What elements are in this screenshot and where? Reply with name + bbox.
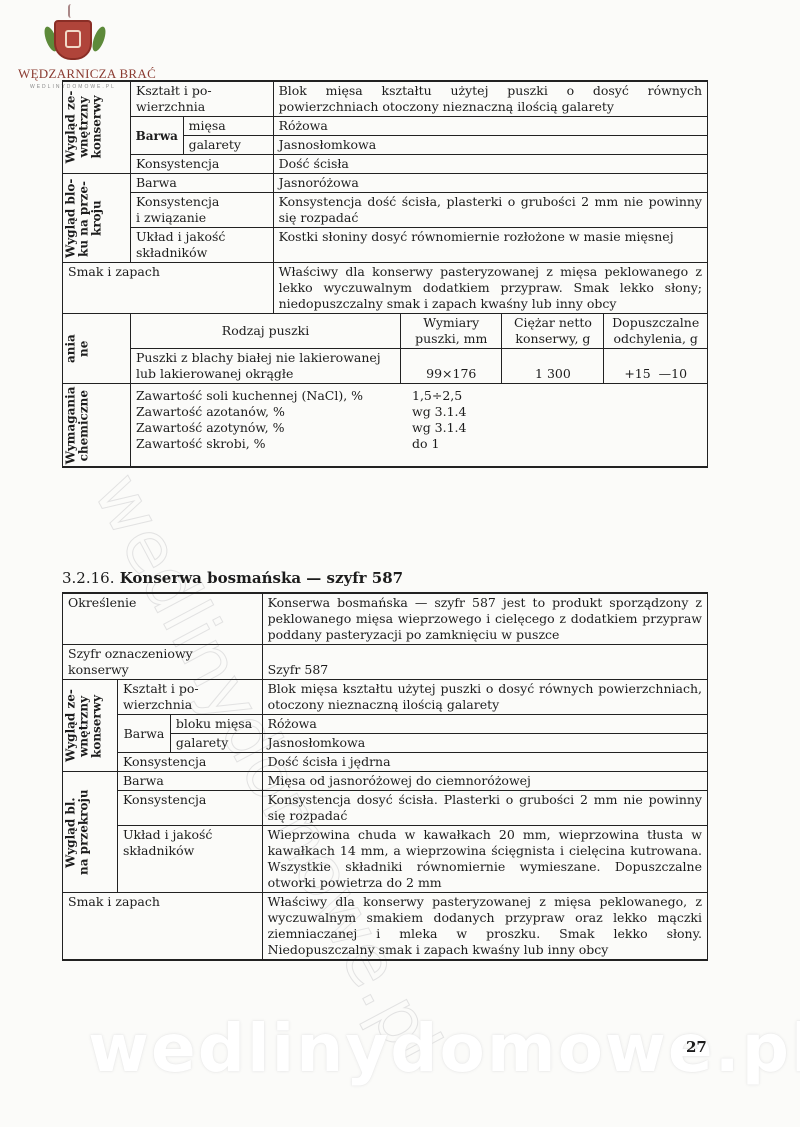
shape-label: Kształt i po- wierzchnia	[118, 680, 263, 715]
taste-value: Właściwy dla konserwy pasteryzowanej z m…	[262, 893, 707, 961]
meat-color-label: mięsa	[183, 117, 273, 136]
taste-label: Smak i zapach	[63, 893, 263, 961]
shape-value: Blok mięsa kształtu użytej puszki o dosy…	[262, 680, 707, 715]
group-cross-section: Wygląd blo- ku na prze- kroju	[63, 174, 131, 263]
consistency-value: Dość ścisła	[273, 155, 707, 174]
jelly-color-value: Jasnosłomkowa	[273, 136, 707, 155]
consistency-value: Dość ścisła i jędrna	[262, 753, 707, 772]
section-heading: 3.2.16. Konserwa bosmańska — szyfr 587	[62, 569, 403, 587]
group-outer-appearance: Wygląd ze- wnętrzny konserwy	[63, 680, 118, 772]
color-label: Barwa	[118, 715, 171, 753]
jelly-color-value: Jasnosłomkowa	[262, 734, 707, 753]
smokehouse-emblem-icon	[54, 20, 92, 60]
pack-dimensions-value: 99×176	[401, 349, 502, 384]
block-color-value: Różowa	[262, 715, 707, 734]
cs-color-label: Barwa	[131, 174, 274, 193]
pack-net-weight-value: 1 300	[502, 349, 604, 384]
pack-tolerance-value: +15 —10	[604, 349, 708, 384]
definition-value: Konserwa bosmańska — szyfr 587 jest to p…	[262, 593, 707, 645]
pack-header-type: Rodzaj puszki	[131, 314, 401, 349]
chem-label-salt: Zawartość soli kuchennej (NaCl), %	[136, 388, 412, 404]
color-label: Barwa	[131, 117, 184, 155]
cs-consistency-value: Konsystencja dość ścisła, plasterki o gr…	[273, 193, 707, 228]
group-outer-appearance: Wygląd ze- wnętrzny konserwy	[63, 81, 131, 174]
consistency-label: Konsystencja	[118, 753, 263, 772]
section-title-text: Konserwa bosmańska — szyfr 587	[120, 569, 403, 587]
cs-color-label: Barwa	[118, 772, 263, 791]
cs-layout-value: Kostki słoniny dosyć równomiernie rozłoż…	[273, 228, 707, 263]
cs-layout-label: Układ i jakość składników	[118, 826, 263, 893]
pack-type-value: Puszki z blachy białej nie lakierowanej …	[131, 349, 401, 384]
shape-value: Blok mięsa kształtu użytej puszki o dosy…	[273, 81, 707, 117]
cs-layout-label: Układ i jakość składników	[131, 228, 274, 263]
chem-value-nitrates: wg 3.1.4	[412, 404, 702, 420]
pack-header-net-weight: Ciężar netto konserwy, g	[502, 314, 604, 349]
code-value: Szyfr 587	[262, 645, 707, 680]
chem-label-nitrates: Zawartość azotanów, %	[136, 404, 412, 420]
group-cross-section: Wygląd bl. na przekroju	[63, 772, 118, 893]
page-number: 27	[686, 1038, 707, 1056]
pack-header-tolerance: Dopuszczalne odchylenia, g	[604, 314, 708, 349]
chemical-requirements: Zawartość soli kuchennej (NaCl), % 1,5÷2…	[131, 384, 708, 467]
chem-value-salt: 1,5÷2,5	[412, 388, 702, 404]
pack-header-dimensions: Wymiary puszki, mm	[401, 314, 502, 349]
smoke-icon	[68, 4, 74, 18]
taste-label: Smak i zapach	[63, 263, 274, 314]
jelly-color-label: galarety	[183, 136, 273, 155]
chem-label-nitrites: Zawartość azotynów, %	[136, 420, 412, 436]
spec-table-bosmanska: Określenie Konserwa bosmańska — szyfr 58…	[62, 592, 708, 961]
meat-color-value: Różowa	[273, 117, 707, 136]
definition-label: Określenie	[63, 593, 263, 645]
cs-consistency-label: Konsystencja	[118, 791, 263, 826]
block-color-label: bloku mięsa	[170, 715, 262, 734]
section-number: 3.2.16.	[62, 569, 114, 587]
chemical-requirements-group: Wymagania chemiczne	[63, 384, 131, 467]
chem-value-starch: do 1	[412, 436, 702, 452]
leaf-icon	[90, 25, 108, 53]
cs-color-value: Mięsa od jasnoróżowej do ciemnoróżowej	[262, 772, 707, 791]
shape-label: Kształt i po- wierzchnia	[131, 81, 274, 117]
spec-table-continued: Wygląd ze- wnętrzny konserwy Kształt i p…	[62, 80, 708, 468]
chem-value-nitrites: wg 3.1.4	[412, 420, 702, 436]
code-label: Szyfr oznaczeniowy konserwy	[63, 645, 263, 680]
cs-consistency-value: Konsystencja dosyć ścisła. Plasterki o g…	[262, 791, 707, 826]
packaging-group: ania ne	[63, 314, 131, 384]
consistency-label: Konsystencja	[131, 155, 274, 174]
chem-label-starch: Zawartość skrobi, %	[136, 436, 412, 452]
cs-consistency-label: Konsystencja i związanie	[131, 193, 274, 228]
jelly-color-label: galarety	[170, 734, 262, 753]
cs-color-value: Jasnoróżowa	[273, 174, 707, 193]
taste-value: Właściwy dla konserwy pasteryzowanej z m…	[273, 263, 707, 314]
cs-layout-value: Wieprzowina chuda w kawałkach 20 mm, wie…	[262, 826, 707, 893]
